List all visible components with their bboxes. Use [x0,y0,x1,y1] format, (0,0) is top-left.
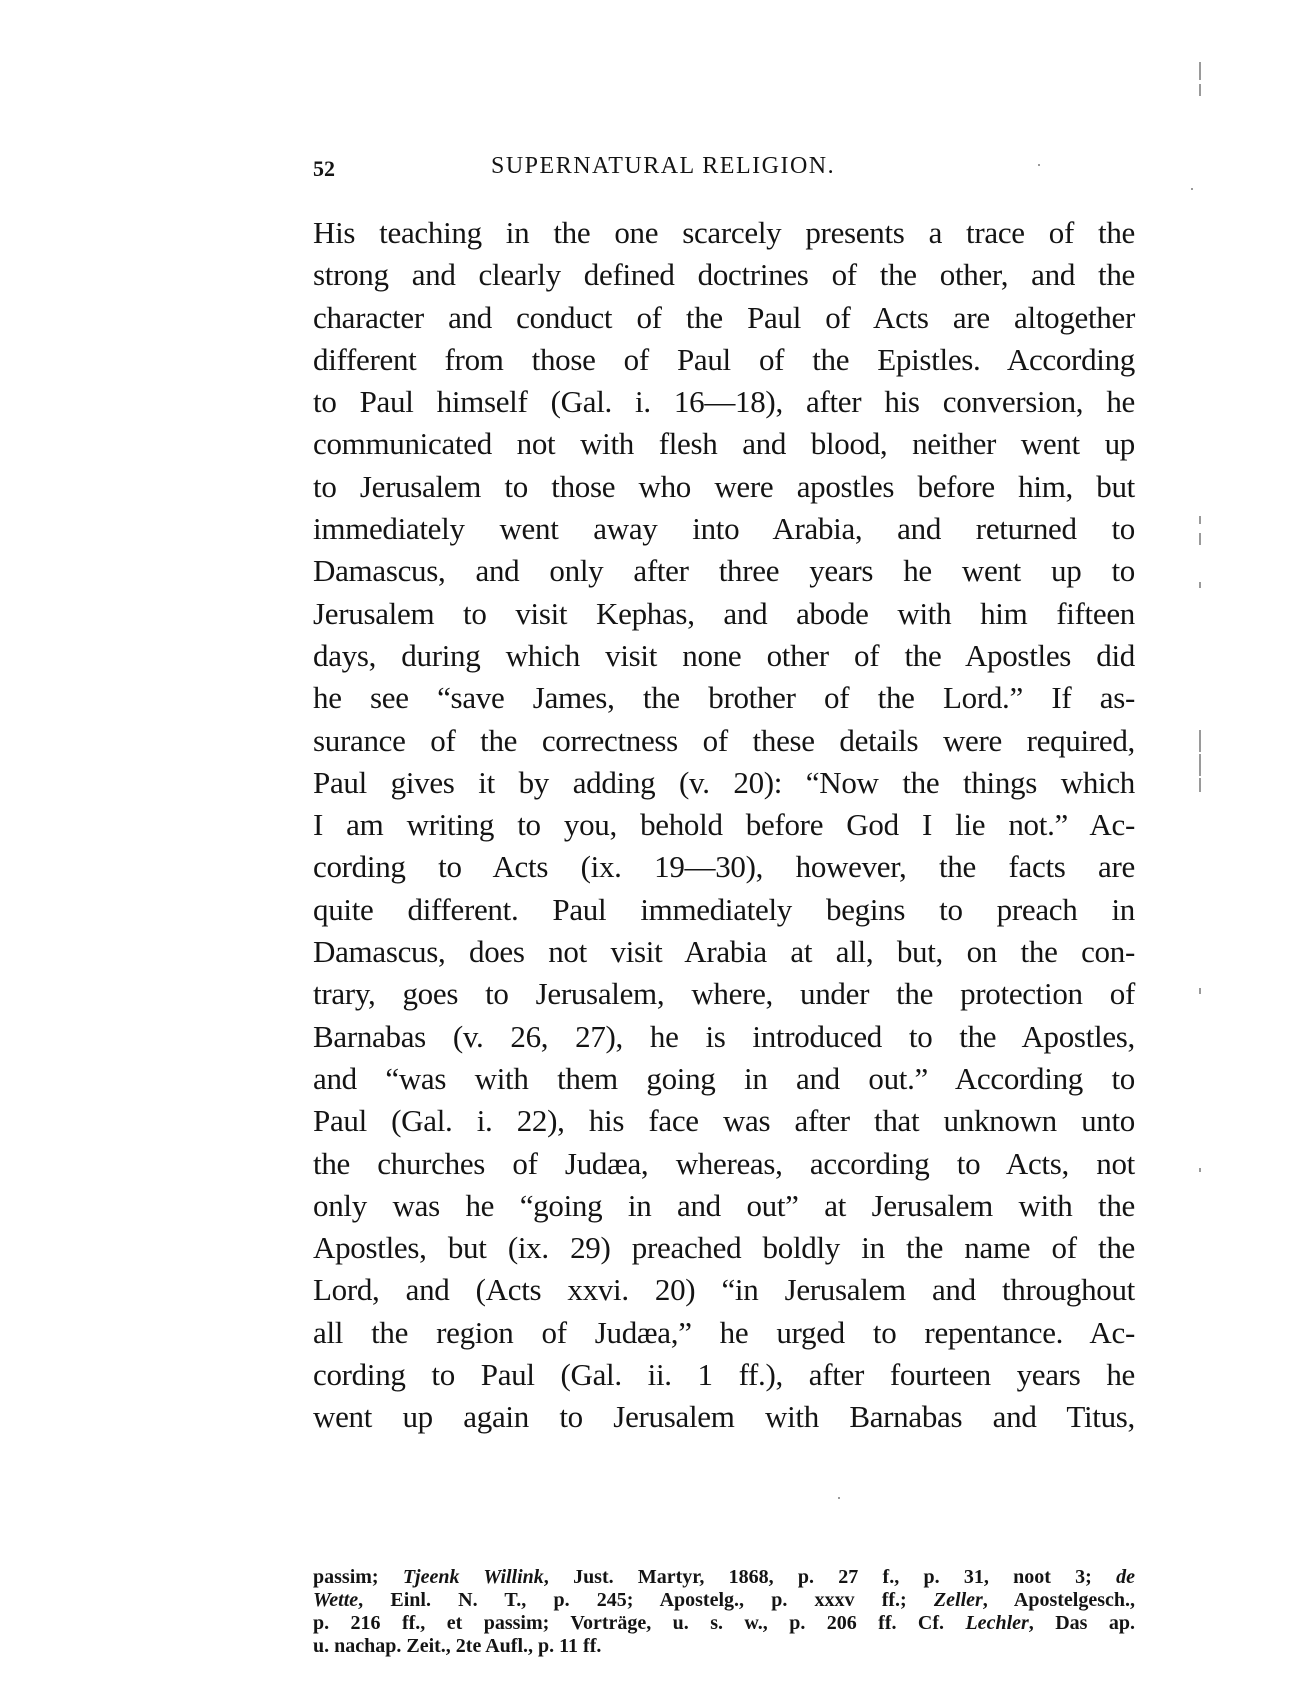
scan-artifact-mark [1199,582,1201,588]
scan-artifact-mark [1199,62,1201,80]
footnote-author: Zeller [934,1589,983,1611]
text-line: Barnabas (v. 26, 27), he is introduced t… [313,1016,1135,1058]
text-line: to Paul himself (Gal. i. 16—18), after h… [313,381,1135,423]
text-line: the churches of Judæa, whereas, accordin… [313,1143,1135,1185]
text-line: immediately went away into Arabia, and r… [313,508,1135,550]
text-line: he see “save James, the brother of the L… [313,677,1135,719]
text-line: trary, goes to Jerusalem, where, under t… [313,973,1135,1015]
text-line: went up again to Jerusalem with Barnabas… [313,1396,1135,1438]
text-line: Lord, and (Acts xxvi. 20) “in Jerusalem … [313,1269,1135,1311]
page-header: 52 SUPERNATURAL RELIGION. [313,150,1133,190]
text-line: Damascus, and only after three years he … [313,550,1135,592]
footnote-line: u. nachap. Zeit., 2te Aufl., p. 11 ff. [313,1635,1135,1658]
footnotes: passim; Tjeenk Willink, Just. Martyr, 18… [313,1566,1135,1658]
text-line: surance of the correctness of these deta… [313,720,1135,762]
text-line: cording to Paul (Gal. ii. 1 ff.), after … [313,1354,1135,1396]
footnote-text: p. 216 ff., et passim; Vorträge, u. s. w… [313,1612,965,1634]
text-line: days, during which visit none other of t… [313,635,1135,677]
text-line: His teaching in the one scarcely present… [313,212,1135,254]
scan-artifact-mark [1199,533,1201,545]
text-line: strong and clearly defined doctrines of … [313,254,1135,296]
scan-artifact-dot [1191,188,1193,190]
footnote-line: passim; Tjeenk Willink, Just. Martyr, 18… [313,1566,1135,1589]
footnote-text: , Just. Martyr, 1868, p. 27 f., p. 31, n… [544,1566,1116,1588]
text-line: I am writing to you, behold before God I… [313,804,1135,846]
footnote-text: passim; [313,1566,403,1588]
footnote-text: u. nachap. Zeit., 2te Aufl., p. 11 ff. [313,1635,601,1657]
scan-artifact-dot [1038,164,1040,166]
text-line: different from those of Paul of the Epis… [313,339,1135,381]
footnote-text: , Apostelgesch., [983,1589,1135,1611]
scan-artifact-mark [1199,730,1201,752]
text-line: cording to Acts (ix. 19—30), however, th… [313,846,1135,888]
footnote-line: p. 216 ff., et passim; Vorträge, u. s. w… [313,1612,1135,1635]
scan-artifact-mark [1199,754,1201,776]
scan-artifact-mark [1199,84,1201,96]
footnote-author: Wette [313,1589,358,1611]
scan-artifact-mark [1199,1168,1201,1172]
text-line: to Jerusalem to those who were apostles … [313,466,1135,508]
footnote-text: , Das ap. [1029,1612,1135,1634]
text-line: and “was with them going in and out.” Ac… [313,1058,1135,1100]
scan-artifact-mark [1199,778,1201,792]
text-line: Jerusalem to visit Kephas, and abode wit… [313,593,1135,635]
text-line: all the region of Judæa,” he urged to re… [313,1312,1135,1354]
body-text: His teaching in the one scarcely present… [313,212,1135,1439]
text-line: character and conduct of the Paul of Act… [313,297,1135,339]
footnote-author: de [1116,1566,1135,1588]
scan-artifact-dot [838,1497,840,1499]
footnote-text: , Einl. N. T., p. 245; Apostelg., p. xxx… [358,1589,934,1611]
scan-artifact-mark [1199,988,1201,994]
text-line: communicated not with flesh and blood, n… [313,423,1135,465]
scan-artifact-mark [1199,516,1201,524]
text-line: Paul (Gal. i. 22), his face was after th… [313,1100,1135,1142]
footnote-author: Tjeenk Willink [403,1566,544,1588]
running-head: SUPERNATURAL RELIGION. [491,153,835,180]
text-line: Paul gives it by adding (v. 20): “Now th… [313,762,1135,804]
footnote-line: Wette, Einl. N. T., p. 245; Apostelg., p… [313,1589,1135,1612]
text-line: quite different. Paul immediately begins… [313,889,1135,931]
page-number: 52 [313,156,335,182]
text-line: Apostles, but (ix. 29) preached boldly i… [313,1227,1135,1269]
text-line: Damascus, does not visit Arabia at all, … [313,931,1135,973]
footnote-author: Lechler [965,1612,1028,1634]
text-line: only was he “going in and out” at Jerusa… [313,1185,1135,1227]
